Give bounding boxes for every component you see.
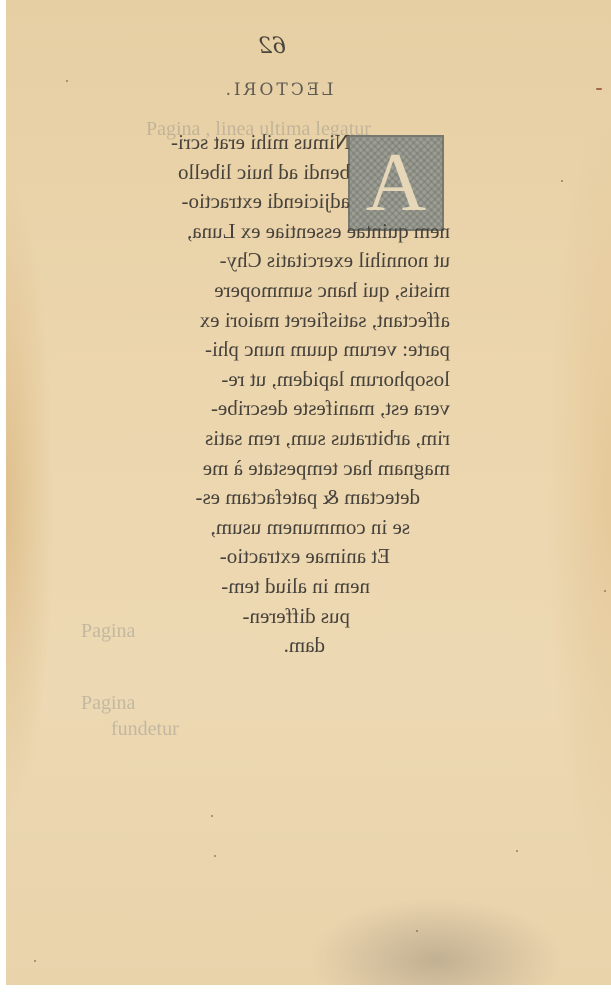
text-line: parte: verum quum nunc phi-	[78, 335, 450, 365]
text-line: Et animae extractio-	[78, 542, 450, 572]
page-header: LECTORI.	[188, 80, 368, 100]
text-line: adjiciendi extractio-	[78, 187, 450, 217]
ghost-text-3: Pagina	[81, 692, 135, 715]
text-line: se in communem usum,	[78, 513, 450, 543]
text-line: bendi ad huic libello	[78, 158, 450, 188]
text-line: rim, arbitratus sum, rem satis	[78, 424, 450, 454]
text-line: pus differen-	[78, 602, 450, 632]
page-number: 62	[252, 34, 292, 59]
text-line: Nimus mihi erat scri-	[78, 128, 450, 158]
text-line: dam.	[78, 631, 450, 661]
text-line: nem quintae essentiae ex Luna,	[78, 217, 450, 247]
text-line: ut nonnihil exercitatis Chy-	[78, 246, 450, 276]
text-line: losophorum lapidem, ut re-	[78, 365, 450, 395]
ghost-text-4: fundetur	[111, 718, 179, 741]
book-page: Pagina , linea ultima legatur Pagina Pag…	[6, 0, 611, 985]
body-text: Nimus mihi erat scri- bendi ad huic libe…	[78, 128, 450, 661]
text-line: mistis, qui hanc summopere	[78, 276, 450, 306]
text-line: magnam hac tempestate à me	[78, 454, 450, 484]
text-line: detectam & patefactam es-	[78, 483, 450, 513]
text-line: vera est, manifeste describe-	[78, 394, 450, 424]
text-line: affectant, satisfieret maiori ex	[78, 306, 450, 336]
text-line: nem in aliud tem-	[78, 572, 450, 602]
